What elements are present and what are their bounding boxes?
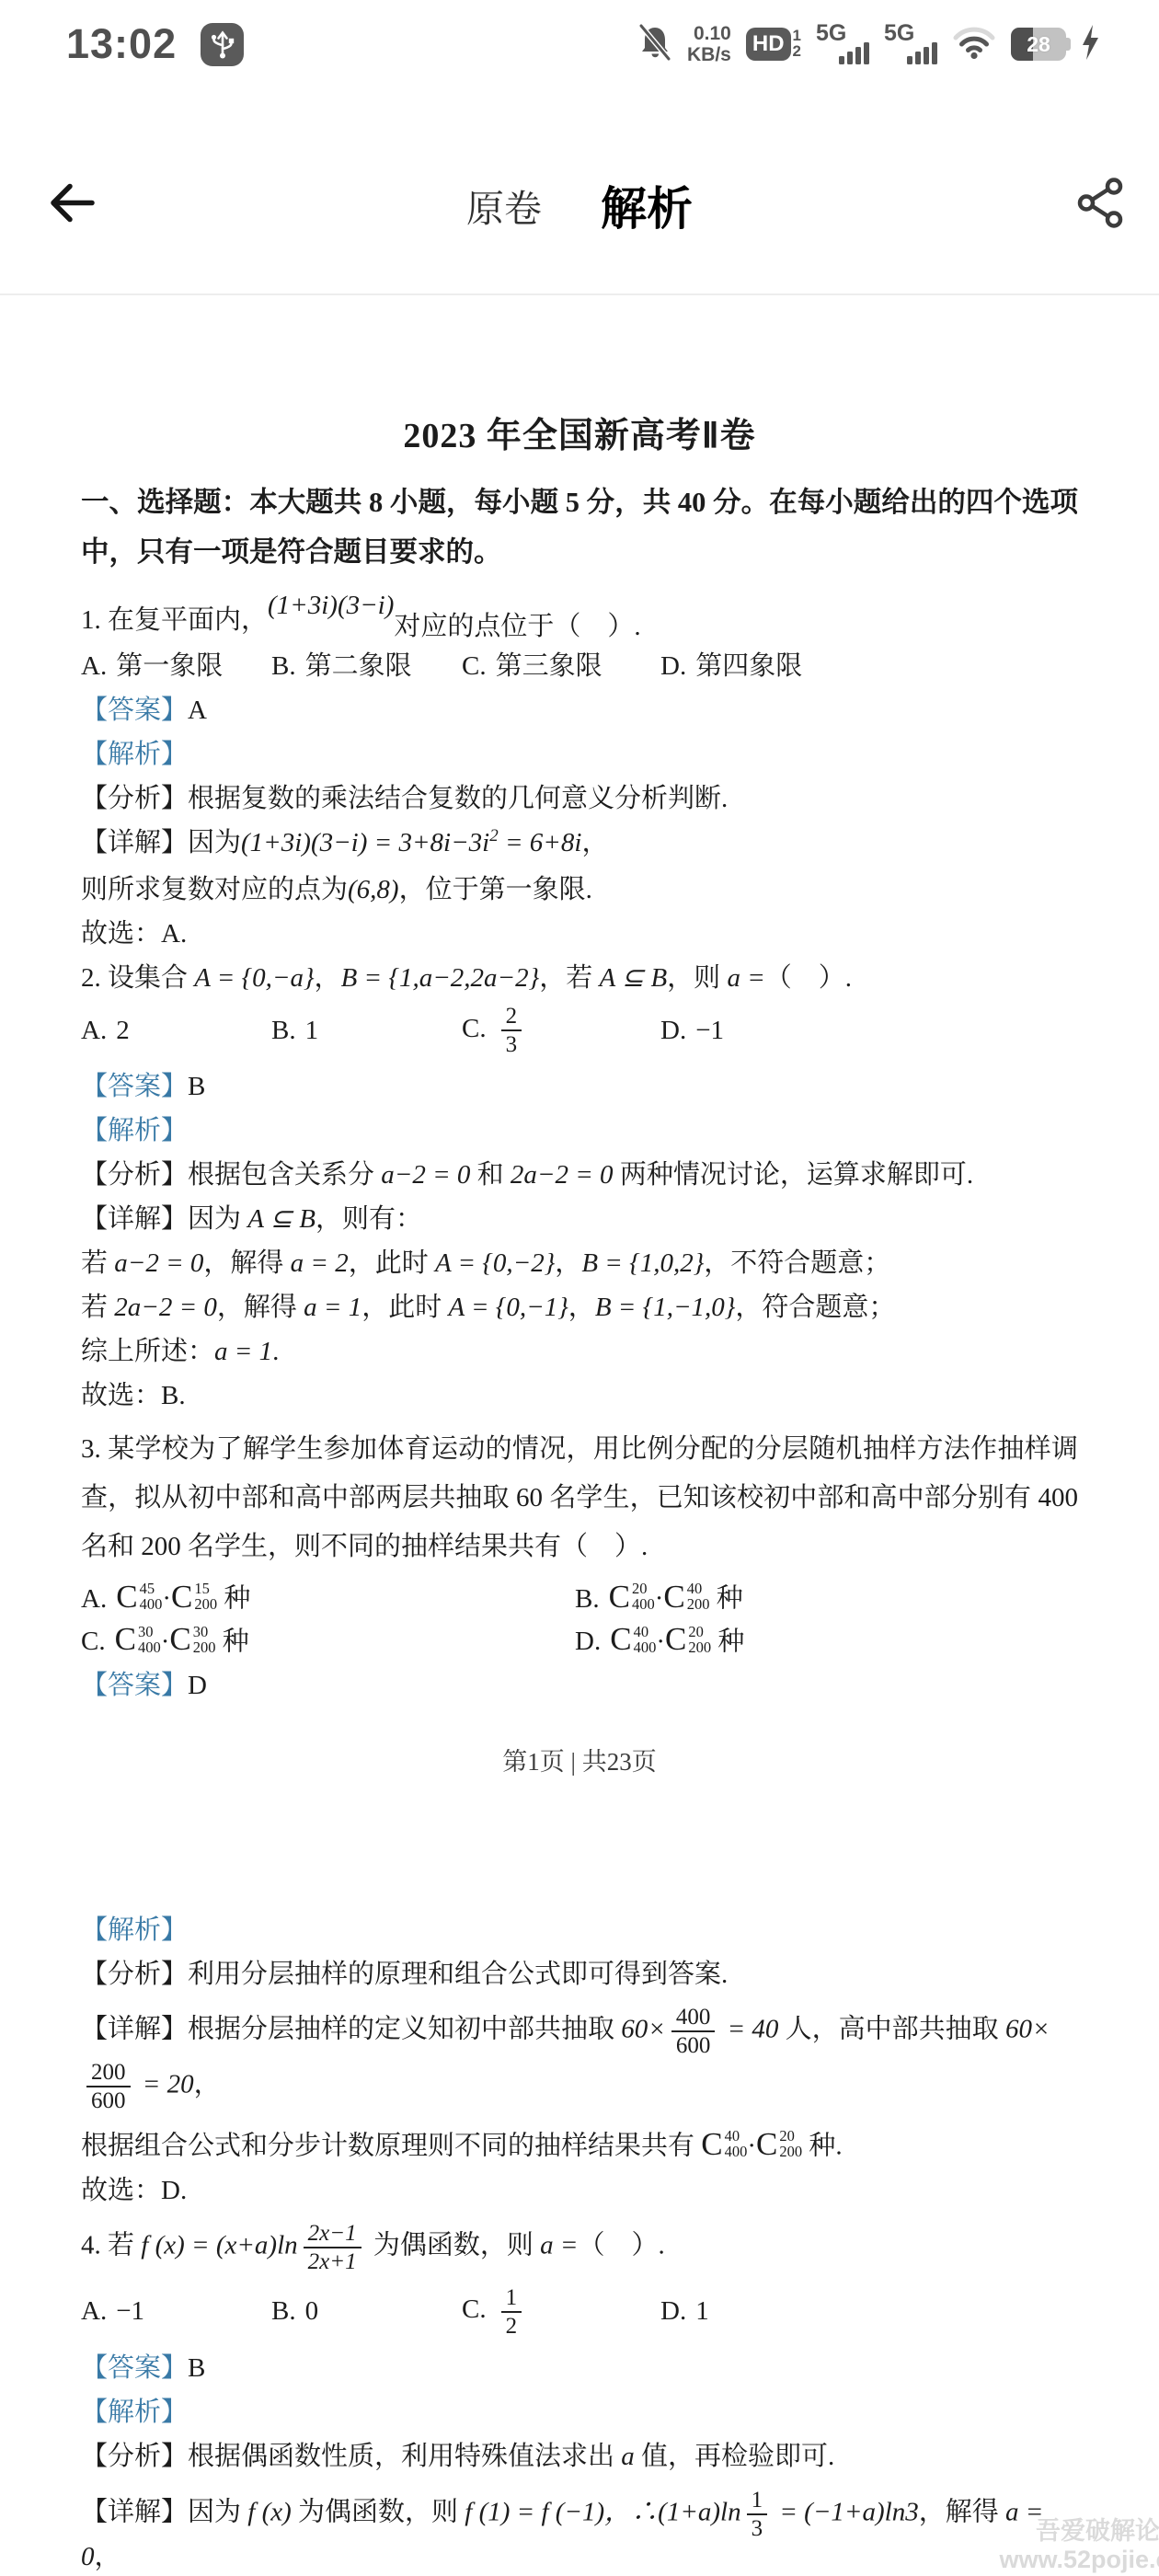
question-1-options: A.第一象限B.第二象限C.第三象限D.第四象限 (81, 651, 1078, 682)
section-header: 一、选择题：本大题共 8 小题，每小题 5 分，共 40 分。在每小题给出的四个… (81, 477, 1078, 577)
clock: 13:02 (66, 20, 177, 68)
analysis-label: 【解析】 (81, 740, 1078, 770)
page-footer: 第1页 | 共23页 (81, 1747, 1078, 1777)
conclusion-line: 故选：A. (81, 919, 1078, 949)
analysis-label: 【解析】 (81, 1116, 1078, 1146)
back-arrow-icon[interactable] (46, 179, 98, 232)
option: A.−1 (81, 2296, 271, 2327)
option-label: A. (81, 1584, 107, 1614)
network-speed: 0.10 KB/s (687, 23, 731, 65)
question-3-options-row1: A.C45400·C15200 种B.C20400·C40200 种 (81, 1581, 1078, 1615)
detail-line: 则所求复数对应的点为(6,8)，位于第一象限. (81, 875, 1078, 905)
status-bar: 13:02 (0, 0, 1159, 77)
option: B.第二象限 (271, 651, 462, 682)
detail-line: 【详解】根据分层抽样的定义知初中部共抽取 60×400600 = 40 人，高中… (81, 2004, 1078, 2114)
fraction: 200600 (86, 2059, 131, 2114)
question-4: 4. 若 f (x) = (x+a)ln2x−12x+1 为偶函数，则 a =（… (81, 2220, 1078, 2275)
option: B.C20400·C40200 种 (575, 1581, 1078, 1615)
combination-symbol: C40400 (610, 1624, 656, 1655)
option-label: D. (660, 1016, 686, 1045)
combination-symbol: C40200 (663, 1581, 709, 1612)
conclusion-line: 故选：B. (81, 1381, 1078, 1411)
tab-original-paper[interactable]: 原卷 (466, 178, 542, 233)
option: D.C40400·C20200 种 (575, 1624, 1078, 1658)
combination-symbol: C30400 (115, 1624, 161, 1655)
option-label: C. (462, 651, 487, 681)
signal-sim1-icon: 5G (816, 22, 869, 66)
option: A.C45400·C15200 种 (81, 1581, 575, 1615)
usb-icon (201, 23, 244, 66)
option-label: D. (575, 1627, 601, 1656)
status-right: 0.10 KB/s HD 1 2 5G 5G (637, 22, 1100, 66)
fraction: 2x−12x+1 (304, 2220, 361, 2275)
option: D.1 (660, 2296, 1078, 2327)
question-4-options: A.−1B.0C.12D.1 (81, 2284, 1078, 2340)
question-2-options: A.2B.1C.23D.−1 (81, 1003, 1078, 1058)
answer-line: 【答案】A (81, 696, 1078, 726)
wifi-icon (952, 25, 996, 64)
option-label: C. (462, 1014, 487, 1043)
detail-line: 【详解】因为 A ⊆ B，则有： (81, 1204, 1078, 1235)
detail-line: 若 2a−2 = 0，解得 a = 1，此时 A = {0,−1}，B = {1… (81, 1293, 1078, 1323)
share-icon[interactable] (1076, 178, 1126, 234)
analysis-line: 【分析】根据包含关系分 a−2 = 0 和 2a−2 = 0 两种情况讨论，运算… (81, 1160, 1078, 1190)
combination-symbol: C20400 (609, 1581, 655, 1612)
hd-volte-icon: HD 1 2 (746, 28, 801, 61)
option-label: B. (271, 651, 296, 681)
analysis-label: 【解析】 (81, 2398, 1078, 2428)
question-3-options-row2: C.C30400·C30200 种D.C40400·C20200 种 (81, 1624, 1078, 1658)
option-label: B. (575, 1584, 600, 1614)
option: C.C30400·C30200 种 (81, 1624, 575, 1658)
option: B.0 (271, 2296, 462, 2327)
charging-bolt-icon (1081, 25, 1100, 64)
option-label: D. (660, 651, 686, 681)
question-1: 1. 在复平面内，(1+3i)(3−i)对应的点位于（ ）. (81, 591, 1078, 642)
combination-symbol: C20200 (756, 2128, 802, 2159)
answer-line: 【答案】B (81, 2353, 1078, 2384)
option: A.第一象限 (81, 651, 271, 682)
detail-line: 【详解】因为(1+3i)(3−i) = 3+8i−3i2 = 6+8i， (81, 828, 1078, 861)
fraction: 13 (747, 2487, 768, 2542)
option-label: B. (271, 1016, 296, 1045)
fraction: 400600 (671, 2004, 716, 2059)
signal-sim2-icon: 5G (884, 22, 937, 66)
question-3: 3. 某学校为了解学生参加体育运动的情况，用比例分配的分层随机抽样方法作抽样调查… (81, 1425, 1078, 1571)
document-body: 2023 年全国新高考Ⅱ卷一、选择题：本大题共 8 小题，每小题 5 分，共 4… (0, 295, 1159, 2576)
analysis-line: 【分析】利用分层抽样的原理和组合公式即可得到答案. (81, 1960, 1078, 1990)
option-label: B. (271, 2296, 296, 2326)
combination-symbol: C45400 (116, 1581, 162, 1612)
option-label: C. (462, 2294, 487, 2324)
option: C.第三象限 (462, 651, 660, 682)
analysis-line: 【分析】根据偶函数性质，利用特殊值法求出 a 值，再检验即可. (81, 2442, 1078, 2472)
analysis-label: 【解析】 (81, 1915, 1078, 1946)
combination-symbol: C20200 (665, 1624, 711, 1655)
option: C.23 (462, 1003, 660, 1058)
question-2: 2. 设集合 A = {0,−a}，B = {1,a−2,2a−2}，若 A ⊆… (81, 963, 1078, 994)
conclusion-line: 故选：D. (81, 2176, 1078, 2206)
option-label: D. (660, 2296, 686, 2326)
option-label: A. (81, 2296, 107, 2326)
fraction: 12 (501, 2284, 522, 2340)
option: D.第四象限 (660, 651, 1078, 682)
watermark: 吾爱破解论坛 www.52pojie.cn (999, 2517, 1159, 2574)
battery-indicator: 28 (1011, 28, 1066, 61)
option-label: C. (81, 1627, 106, 1656)
app-screen: 13:02 (0, 0, 1159, 2576)
doc-title: 2023 年全国新高考Ⅱ卷 (81, 415, 1078, 457)
combination-symbol: C15200 (171, 1581, 217, 1612)
status-left: 13:02 (66, 20, 244, 68)
option-label: A. (81, 1016, 107, 1045)
option: A.2 (81, 1016, 271, 1046)
view-tabs: 原卷 解析 (466, 172, 693, 238)
detail-line: 根据组合公式和分步计数原理则不同的抽样结果共有 C40400·C20200 种. (81, 2128, 1078, 2162)
detail-line: 综上所述：a = 1. (81, 1337, 1078, 1367)
option-label: A. (81, 651, 107, 681)
answer-line: 【答案】B (81, 1072, 1078, 1102)
tab-analysis[interactable]: 解析 (601, 172, 693, 238)
option: B.1 (271, 1016, 462, 1046)
option: C.12 (462, 2284, 660, 2340)
analysis-line: 【分析】根据复数的乘法结合复数的几何意义分析判断. (81, 784, 1078, 814)
bell-muted-icon (637, 23, 672, 66)
combination-symbol: C30200 (169, 1624, 215, 1655)
option: D.−1 (660, 1016, 1078, 1046)
combination-symbol: C40400 (701, 2128, 747, 2159)
answer-line: 【答案】D (81, 1671, 1078, 1701)
detail-line: 【详解】因为 f (x) 为偶函数，则 f (1) = f (−1)，∴(1+a… (81, 2487, 1078, 2572)
nav-bar: 原卷 解析 (0, 131, 1159, 280)
fraction: 23 (501, 1003, 522, 1058)
detail-line: 若 a−2 = 0，解得 a = 2，此时 A = {0,−2}，B = {1,… (81, 1248, 1078, 1279)
